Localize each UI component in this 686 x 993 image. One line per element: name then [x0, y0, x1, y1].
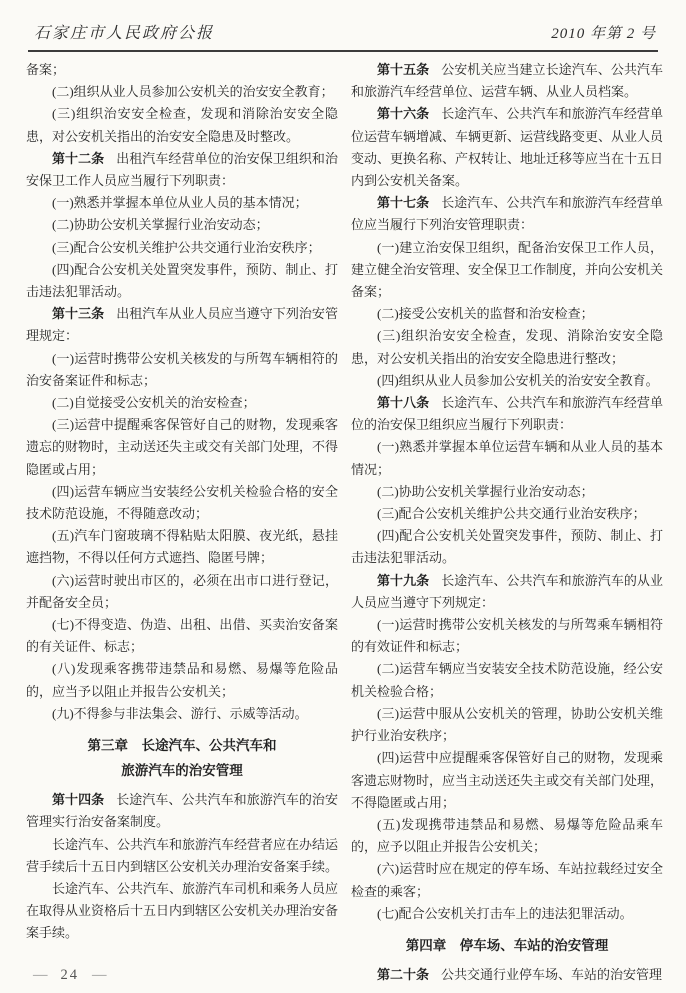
paragraph-text: (二)运营车辆应当安装安全技术防范设施，经公安机关检验合格；: [351, 661, 663, 698]
paragraph-text: 第三章 长途汽车、公共汽车和 旅游汽车的治安管理: [88, 738, 277, 778]
paragraph-text: 长途汽车、公共汽车和旅游汽车经营者应在办结运营手续后十五日内到辖区公安机关办理治…: [26, 837, 338, 874]
paragraph-text: (三)运营中服从公安机关的管理，协助公安机关维护行业治安秩序；: [351, 706, 663, 743]
paragraph: 备案；: [26, 59, 338, 81]
article-paragraph: 第十三条出租汽车从业人员应当遵守下列治安管理规定：: [26, 303, 338, 347]
chapter-heading: 第三章 长途汽车、公共汽车和 旅游汽车的治安管理: [26, 733, 338, 783]
paragraph-text: (一)熟悉并掌握本单位运营车辆和从业人员的基本情况；: [351, 439, 663, 476]
chapter-heading: 第四章 停车场、车站的治安管理: [351, 933, 663, 958]
paragraph-text: (一)运营时携带公安机关核发的与所驾乘车辆相符的有效证件和标志；: [351, 617, 663, 654]
paragraph: (六)运营时驶出市区的，必须在出市口进行登记，并配备安全员；: [26, 570, 338, 614]
paragraph: (一)熟悉并掌握本单位从业人员的基本情况；: [26, 192, 338, 214]
paragraph-text: (一)建立治安保卫组织，配备治安保卫工作人员，建立健全治安管理、安全保卫工作制度…: [351, 240, 663, 299]
left-column: 备案；(二)组织从业人员参加公安机关的治安安全教育；(三)组织治安安全检查，发现…: [26, 59, 338, 986]
paragraph-text: (五)汽车门窗玻璃不得粘贴太阳膜、夜光纸，悬挂遮挡物，不得以任何方式遮挡、隐匿号…: [26, 528, 338, 565]
paragraph-text: (三)组织治安安全检查，发现和消除治安安全隐患，对公安机关指出的治安安全隐患及时…: [26, 106, 338, 143]
issue-number: 2010 年第 2 号: [551, 22, 656, 43]
paragraph-text: (四)配合公安机关处置突发事件，预防、制止、打击违法犯罪活动。: [351, 528, 663, 565]
page-content: 备案；(二)组织从业人员参加公安机关的治安安全教育；(三)组织治安安全检查，发现…: [0, 52, 686, 986]
paragraph: (一)熟悉并掌握本单位运营车辆和从业人员的基本情况；: [351, 436, 663, 480]
paragraph: 长途汽车、公共汽车和旅游汽车经营者应在办结运营手续后十五日内到辖区公安机关办理治…: [26, 834, 338, 878]
paragraph: (四)配合公安机关处置突发事件，预防、制止、打击违法犯罪活动。: [351, 525, 663, 569]
paragraph: (四)配合公安机关处置突发事件，预防、制止、打击违法犯罪活动。: [26, 259, 338, 303]
paragraph: (二)自觉接受公安机关的治安检查；: [26, 392, 338, 414]
paragraph-text: (三)组织治安安全检查，发现、消除治安安全隐患，对公安机关指出的治安安全隐患进行…: [351, 328, 663, 365]
paragraph: (四)组织从业人员参加公安机关的治安安全教育。: [351, 370, 663, 392]
paragraph: (六)运营时应在规定的停车场、车站拉载经过安全检查的乘客；: [351, 858, 663, 902]
paragraph-text: (六)运营时驶出市区的，必须在出市口进行登记，并配备安全员；: [26, 573, 338, 610]
paragraph-text: (二)自觉接受公安机关的治安检查；: [52, 395, 256, 410]
page-number: 24: [61, 967, 80, 984]
paragraph: (三)组织治安安全检查，发现、消除治安安全隐患，对公安机关指出的治安安全隐患进行…: [351, 325, 663, 369]
article-number: 第十二条: [52, 151, 104, 166]
paragraph-text: (一)运营时携带公安机关核发的与所驾车辆相符的治安备案证件和标志；: [26, 351, 338, 388]
paragraph: 长途汽车、公共汽车、旅游汽车司机和乘务人员应在取得从业资格后十五日内到辖区公安机…: [26, 878, 338, 945]
footer-dash-left: —: [33, 967, 48, 984]
paragraph: (九)不得参与非法集会、游行、示威等活动。: [26, 703, 338, 725]
paragraph-text: (七)配合公安机关打击车上的违法犯罪活动。: [377, 906, 633, 921]
paragraph-text: (三)运营中提醒乘客保管好自己的财物，发现乘客遗忘的财物时，主动送还失主或交有关…: [26, 417, 338, 476]
article-paragraph: 第二十条公共交通行业停车场、车站的治安管理: [351, 964, 663, 986]
paragraph: (四)运营中应提醒乘客保管好自己的财物，发现乘客遗忘财物时，应当主动送还失主或交…: [351, 747, 663, 814]
paragraph-text: (四)运营中应提醒乘客保管好自己的财物，发现乘客遗忘财物时，应当主动送还失主或交…: [351, 750, 663, 809]
footer-dash-right: —: [92, 967, 107, 984]
paragraph: (二)运营车辆应当安装安全技术防范设施，经公安机关检验合格；: [351, 658, 663, 702]
paragraph: (三)组织治安安全检查，发现和消除治安安全隐患，对公安机关指出的治安安全隐患及时…: [26, 103, 338, 147]
article-number: 第十四条: [52, 792, 104, 807]
article-paragraph: 第十二条出租汽车经营单位的治安保卫组织和治安保卫工作人员应当履行下列职责：: [26, 148, 338, 192]
article-paragraph: 第十四条长途汽车、公共汽车和旅游汽车的治安管理实行治安备案制度。: [26, 789, 338, 833]
gazette-title: 石家庄市人民政府公报: [34, 20, 214, 43]
article-number: 第二十条: [377, 967, 429, 982]
paragraph: (五)汽车门窗玻璃不得粘贴太阳膜、夜光纸，悬挂遮挡物，不得以任何方式遮挡、隐匿号…: [26, 525, 338, 569]
paragraph: (一)运营时携带公安机关核发的与所驾车辆相符的治安备案证件和标志；: [26, 348, 338, 392]
article-number: 第十五条: [377, 62, 429, 77]
article-paragraph: 第十八条长途汽车、公共汽车和旅游汽车经营单位的治安保卫组织应当履行下列职责：: [351, 392, 663, 436]
paragraph: (一)建立治安保卫组织，配备治安保卫工作人员，建立健全治安管理、安全保卫工作制度…: [351, 237, 663, 304]
paragraph: (三)运营中提醒乘客保管好自己的财物，发现乘客遗忘的财物时，主动送还失主或交有关…: [26, 414, 338, 481]
paragraph: (七)不得变造、伪造、出租、出借、买卖治安备案的有关证件、标志；: [26, 614, 338, 658]
paragraph-text: (四)配合公安机关处置突发事件，预防、制止、打击违法犯罪活动。: [26, 262, 338, 299]
article-number: 第十九条: [377, 573, 429, 588]
article-paragraph: 第十六条长途汽车、公共汽车和旅游汽车经营单位运营车辆增减、车辆更新、运营线路变更…: [351, 103, 663, 192]
paragraph: (二)协助公安机关掌握行业治安动态；: [26, 214, 338, 236]
page-header: 石家庄市人民政府公报 2010 年第 2 号: [28, 0, 658, 52]
paragraph-text: (二)协助公安机关掌握行业治安动态；: [52, 217, 269, 232]
paragraph: (五)发现携带违禁品和易燃、易爆等危险品乘车的，应予以阻止并报告公安机关；: [351, 814, 663, 858]
right-column: 第十五条公安机关应当建立长途汽车、公共汽车和旅游汽车经营单位、运营车辆、从业人员…: [351, 59, 663, 986]
paragraph-text: (五)发现携带违禁品和易燃、易爆等危险品乘车的，应予以阻止并报告公安机关；: [351, 817, 663, 854]
paragraph-text: (一)熟悉并掌握本单位从业人员的基本情况；: [52, 195, 308, 210]
paragraph-text: (二)协助公安机关掌握行业治安动态；: [377, 484, 594, 499]
paragraph-text: (八)发现乘客携带违禁品和易燃、易爆等危险品的，应当予以阻止并报告公安机关；: [26, 661, 338, 698]
paragraph-text: 第四章 停车场、车站的治安管理: [406, 938, 609, 953]
paragraph-text: (四)运营车辆应当安装经公安机关检验合格的安全技术防范设施，不得随意改动；: [26, 484, 338, 521]
page-footer: — 24 —: [33, 967, 107, 984]
gazette-page: 石家庄市人民政府公报 2010 年第 2 号 备案；(二)组织从业人员参加公安机…: [0, 0, 686, 993]
paragraph: (二)接受公安机关的监督和治安检查；: [351, 303, 663, 325]
paragraph: (一)运营时携带公安机关核发的与所驾乘车辆相符的有效证件和标志；: [351, 614, 663, 658]
paragraph-text: (二)组织从业人员参加公安机关的治安安全教育；: [52, 84, 334, 99]
paragraph-text: (四)组织从业人员参加公安机关的治安安全教育。: [377, 373, 659, 388]
paragraph-text: 公共交通行业停车场、车站的治安管理: [441, 967, 662, 982]
article-number: 第十八条: [377, 395, 429, 410]
paragraph-text: 长途汽车、公共汽车、旅游汽车司机和乘务人员应在取得从业资格后十五日内到辖区公安机…: [26, 881, 338, 940]
article-number: 第十六条: [377, 106, 429, 121]
paragraph: (八)发现乘客携带违禁品和易燃、易爆等危险品的，应当予以阻止并报告公安机关；: [26, 658, 338, 702]
paragraph-text: (九)不得参与非法集会、游行、示威等活动。: [52, 706, 308, 721]
paragraph-text: (二)接受公安机关的监督和治安检查；: [377, 306, 594, 321]
article-paragraph: 第十七条长途汽车、公共汽车和旅游汽车经营单位应当履行下列治安管理职责：: [351, 192, 663, 236]
paragraph-text: (七)不得变造、伪造、出租、出借、买卖治安备案的有关证件、标志；: [26, 617, 338, 654]
article-number: 第十三条: [52, 306, 104, 321]
article-number: 第十七条: [377, 195, 429, 210]
paragraph-text: (三)配合公安机关维护公共交通行业治安秩序；: [52, 240, 321, 255]
paragraph: (二)组织从业人员参加公安机关的治安安全教育；: [26, 81, 338, 103]
article-paragraph: 第十九条长途汽车、公共汽车和旅游汽车的从业人员应当遵守下列规定：: [351, 570, 663, 614]
paragraph: (四)运营车辆应当安装经公安机关检验合格的安全技术防范设施，不得随意改动；: [26, 481, 338, 525]
paragraph: (三)配合公安机关维护公共交通行业治安秩序；: [26, 237, 338, 259]
paragraph: (三)配合公安机关维护公共交通行业治安秩序；: [351, 503, 663, 525]
paragraph: (三)运营中服从公安机关的管理，协助公安机关维护行业治安秩序；: [351, 703, 663, 747]
paragraph: (七)配合公安机关打击车上的违法犯罪活动。: [351, 903, 663, 925]
paragraph-text: 备案；: [26, 62, 65, 77]
article-paragraph: 第十五条公安机关应当建立长途汽车、公共汽车和旅游汽车经营单位、运营车辆、从业人员…: [351, 59, 663, 103]
paragraph: (二)协助公安机关掌握行业治安动态；: [351, 481, 663, 503]
paragraph-text: (三)配合公安机关维护公共交通行业治安秩序；: [377, 506, 646, 521]
paragraph-text: (六)运营时应在规定的停车场、车站拉载经过安全检查的乘客；: [351, 861, 663, 898]
